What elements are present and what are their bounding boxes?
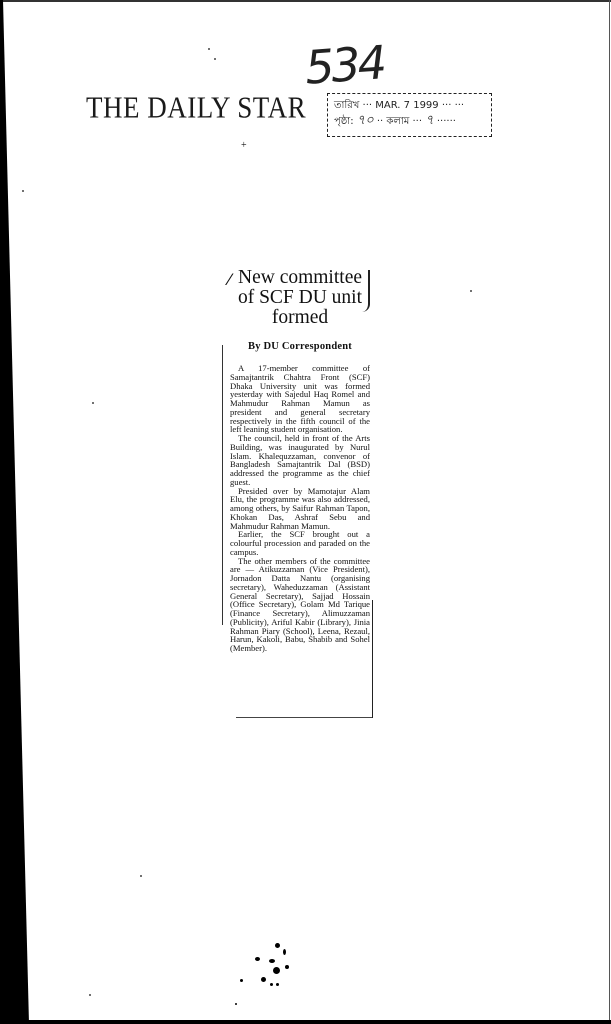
stamp-page-value: ৭০	[357, 113, 374, 128]
article-body: A 17-member committee of Samajtantrik Ch…	[230, 364, 370, 653]
clipping-left-edge	[222, 345, 223, 625]
news-article: New committee of SCF DU unit formed By D…	[230, 268, 370, 653]
article-headline: New committee of SCF DU unit formed	[230, 268, 370, 328]
stamp-date-value: MAR. 7 1999	[375, 100, 438, 111]
registration-mark: +	[241, 140, 247, 151]
stamp-column-label: কলাম	[386, 116, 409, 127]
scan-right-edge	[609, 0, 610, 1024]
article-byline: By DU Correspondent	[230, 341, 370, 352]
scan-top-edge	[0, 0, 611, 2]
stamp-page-row: পৃষ্ঠা: ৭০ ·· কলাম ··· ৭ ······	[334, 113, 485, 129]
article-paragraph: Earlier, the SCF brought out a colourful…	[230, 530, 370, 556]
article-paragraph: A 17-member committee of Samajtantrik Ch…	[230, 364, 370, 434]
stamp-column-value: ৭	[425, 113, 433, 128]
scan-left-shadow	[0, 0, 34, 1024]
article-paragraph: The other members of the committee are —…	[230, 557, 370, 653]
scanned-page: THE DAILY STAR + 534 তারিখ ··· MAR. 7 19…	[0, 0, 611, 1024]
clipping-end-rule	[236, 717, 372, 718]
handwritten-archive-number: 534	[303, 35, 385, 94]
stamp-date-row: তারিখ ··· MAR. 7 1999 ··· ···	[334, 98, 485, 113]
article-paragraph: The council, held in front of the Arts B…	[230, 434, 370, 487]
archive-date-stamp: তারিখ ··· MAR. 7 1999 ··· ··· পৃষ্ঠা: ৭০…	[327, 93, 492, 137]
clipping-right-edge	[372, 600, 373, 718]
publication-masthead: THE DAILY STAR	[86, 90, 306, 126]
ink-specks	[245, 935, 325, 995]
scan-bottom-edge	[25, 1020, 611, 1024]
article-paragraph: Presided over by Mamotajur Alam Elu, the…	[230, 487, 370, 531]
stamp-page-label: পৃষ্ঠা:	[334, 116, 354, 127]
stamp-date-label: তারিখ	[334, 100, 359, 111]
